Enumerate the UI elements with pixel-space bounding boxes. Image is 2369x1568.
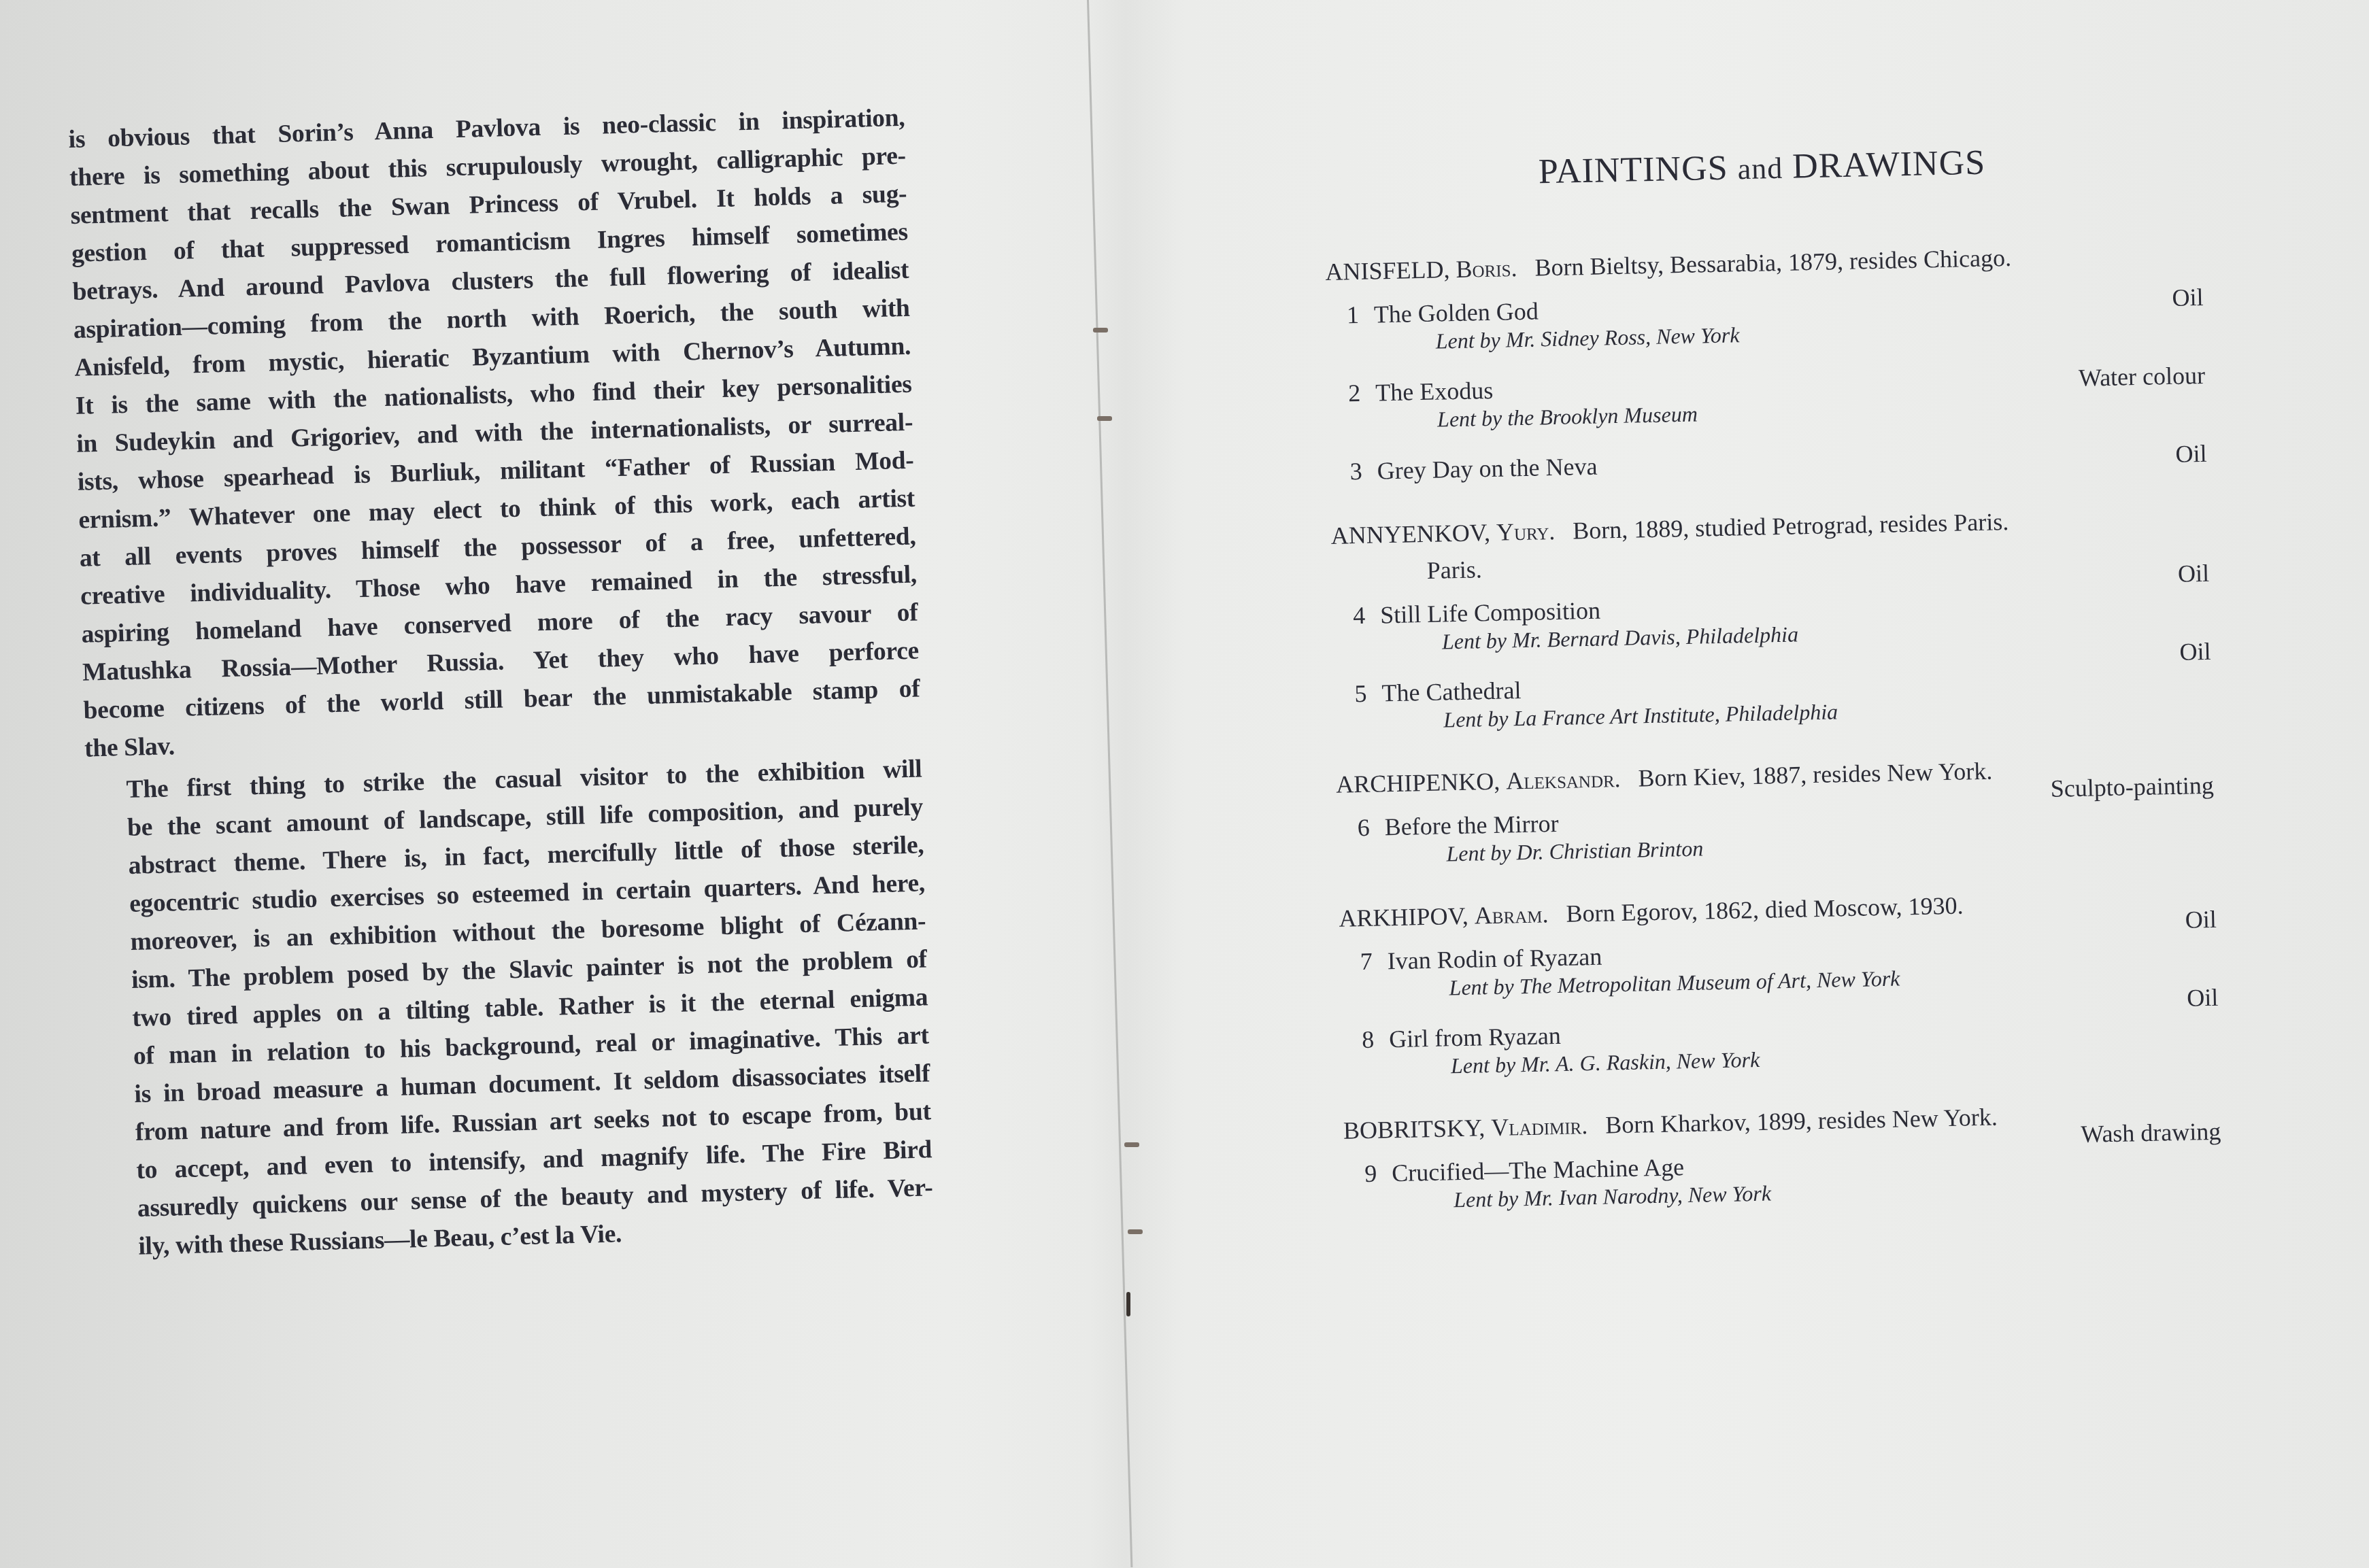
title-word: DRAWINGS bbox=[1792, 143, 1985, 186]
catalogue: PAINTINGS and DRAWINGS ANISFELD, Boris.B… bbox=[1323, 138, 2223, 1250]
artist-surname: ANISFELD, bbox=[1325, 256, 1450, 286]
work-medium: Oil bbox=[2185, 905, 2217, 934]
work-medium: Oil bbox=[2172, 283, 2204, 312]
catalogue-entry: 9Crucified—The Machine AgeWash drawingLe… bbox=[1364, 1142, 2222, 1214]
work-number: 5 bbox=[1354, 679, 1382, 708]
work-title: Before the Mirror bbox=[1384, 810, 1559, 840]
work-number: 8 bbox=[1362, 1025, 1390, 1054]
work-title: Girl from Ryazan bbox=[1389, 1022, 1561, 1053]
work-medium: Oil bbox=[2178, 559, 2210, 588]
work-number: 2 bbox=[1348, 378, 1376, 407]
artist-surname: BOBRITSKY, bbox=[1343, 1114, 1485, 1144]
catalogue-entry: 5The CathedralOilLent by La France Art I… bbox=[1354, 662, 2212, 734]
staple-icon bbox=[1093, 328, 1108, 333]
work-title: The Exodus bbox=[1375, 377, 1494, 407]
catalogue-entry: 1The Golden GodOilLent by Mr. Sidney Ros… bbox=[1346, 283, 2204, 356]
artist-given-name: Vladimir. bbox=[1491, 1112, 1588, 1141]
work-medium: Wash drawing bbox=[2081, 1117, 2221, 1148]
work-number: 9 bbox=[1364, 1159, 1392, 1188]
work-number: 1 bbox=[1346, 300, 1374, 329]
work-number: 3 bbox=[1349, 456, 1377, 485]
staple-icon bbox=[1097, 416, 1112, 421]
work-medium: Sculpto-painting bbox=[2050, 771, 2214, 803]
artist-group: ANISFELD, Boris.Born Bieltsy, Bessarabia… bbox=[1325, 239, 2207, 486]
work-medium: Oil bbox=[2187, 983, 2219, 1012]
title-word: and bbox=[1737, 152, 1783, 186]
work-title: Ivan Rodin of Ryazan bbox=[1387, 943, 1602, 975]
work-number: 6 bbox=[1357, 813, 1385, 842]
artist-surname: ARKHIPOV, bbox=[1339, 902, 1468, 932]
artist-heading: ANISFELD, Boris.Born Bieltsy, Bessarabia… bbox=[1325, 239, 2203, 286]
essay-paragraph-2: The first thing to strike the casual vis… bbox=[85, 750, 935, 1267]
page-title: PAINTINGS and DRAWINGS bbox=[1323, 138, 2201, 197]
catalogue-entry: 4Still Life CompositionOilLent by Mr. Be… bbox=[1353, 583, 2211, 656]
work-title: Grey Day on the Neva bbox=[1377, 453, 1598, 485]
work-medium: Water colour bbox=[2079, 361, 2206, 392]
work-number: 4 bbox=[1353, 600, 1381, 630]
artist-bio: Born Bieltsy, Bessarabia, 1879, resides … bbox=[1534, 244, 2011, 282]
artist-group: ANNYENKOV, Yury.Born, 1889, studied Petr… bbox=[1330, 503, 2212, 735]
artist-group: ARKHIPOV, Abram.Born Egorov, 1862, died … bbox=[1339, 886, 2219, 1081]
catalogue-entry: 7Ivan Rodin of RyazanOilLent by The Metr… bbox=[1360, 930, 2217, 1002]
catalogue-entry: 2The ExodusWater colourLent by the Brook… bbox=[1348, 361, 2206, 434]
artist-group: BOBRITSKY, Vladimir.Born Kharkov, 1899, … bbox=[1343, 1098, 2223, 1215]
artist-bio: Born, 1889, studied Petrograd, resides P… bbox=[1573, 508, 2009, 544]
work-title: Still Life Composition bbox=[1380, 597, 1601, 629]
artist-given-name: Boris. bbox=[1456, 254, 1517, 283]
work-medium: Oil bbox=[2179, 637, 2211, 666]
work-title-line: 3Grey Day on the Neva bbox=[1349, 439, 2207, 485]
artist-bio: Born Kharkov, 1899, resides New York. bbox=[1605, 1104, 1998, 1139]
work-title: The Golden God bbox=[1373, 297, 1539, 328]
artist-group: ARCHIPENKO, Aleksandr.Born Kiev, 1887, r… bbox=[1336, 752, 2215, 869]
artist-heading: ARKHIPOV, Abram.Born Egorov, 1862, died … bbox=[1339, 886, 2217, 933]
essay-paragraph-1: is obvious that Sorin’s Anna Pavlova is … bbox=[68, 99, 921, 768]
artist-bio-continued: Paris. bbox=[1426, 540, 2209, 585]
work-title: Crucified—The Machine Age bbox=[1392, 1153, 1685, 1187]
work-title: The Cathedral bbox=[1381, 677, 1522, 706]
title-word: PAINTINGS bbox=[1538, 149, 1728, 192]
right-page: PAINTINGS and DRAWINGS ANISFELD, Boris.B… bbox=[1115, 0, 2369, 1568]
artist-given-name: Aleksandr. bbox=[1506, 765, 1621, 795]
artist-bio: Born Kiev, 1887, resides New York. bbox=[1638, 757, 1992, 792]
work-medium: Oil bbox=[2175, 439, 2207, 468]
artist-surname: ARCHIPENKO, bbox=[1336, 768, 1500, 798]
essay-text: is obvious that Sorin’s Anna Pavlova is … bbox=[68, 99, 935, 1267]
catalogue-entry: 6Before the MirrorSculpto-paintingLent b… bbox=[1357, 796, 2215, 868]
work-number: 7 bbox=[1360, 947, 1388, 976]
artist-given-name: Yury. bbox=[1496, 517, 1556, 546]
artist-list: ANISFELD, Boris.Born Bieltsy, Bessarabia… bbox=[1325, 239, 2222, 1215]
artist-given-name: Abram. bbox=[1474, 900, 1548, 929]
catalogue-entry: 8Girl from RyazanOilLent by Mr. A. G. Ra… bbox=[1362, 1008, 2219, 1080]
left-page: is obvious that Sorin’s Anna Pavlova is … bbox=[0, 0, 1102, 1568]
artist-surname: ANNYENKOV, bbox=[1330, 519, 1490, 549]
catalogue-entry: 3Grey Day on the NevaOil bbox=[1349, 439, 2207, 485]
artist-bio: Born Egorov, 1862, died Moscow, 1930. bbox=[1566, 892, 1964, 927]
